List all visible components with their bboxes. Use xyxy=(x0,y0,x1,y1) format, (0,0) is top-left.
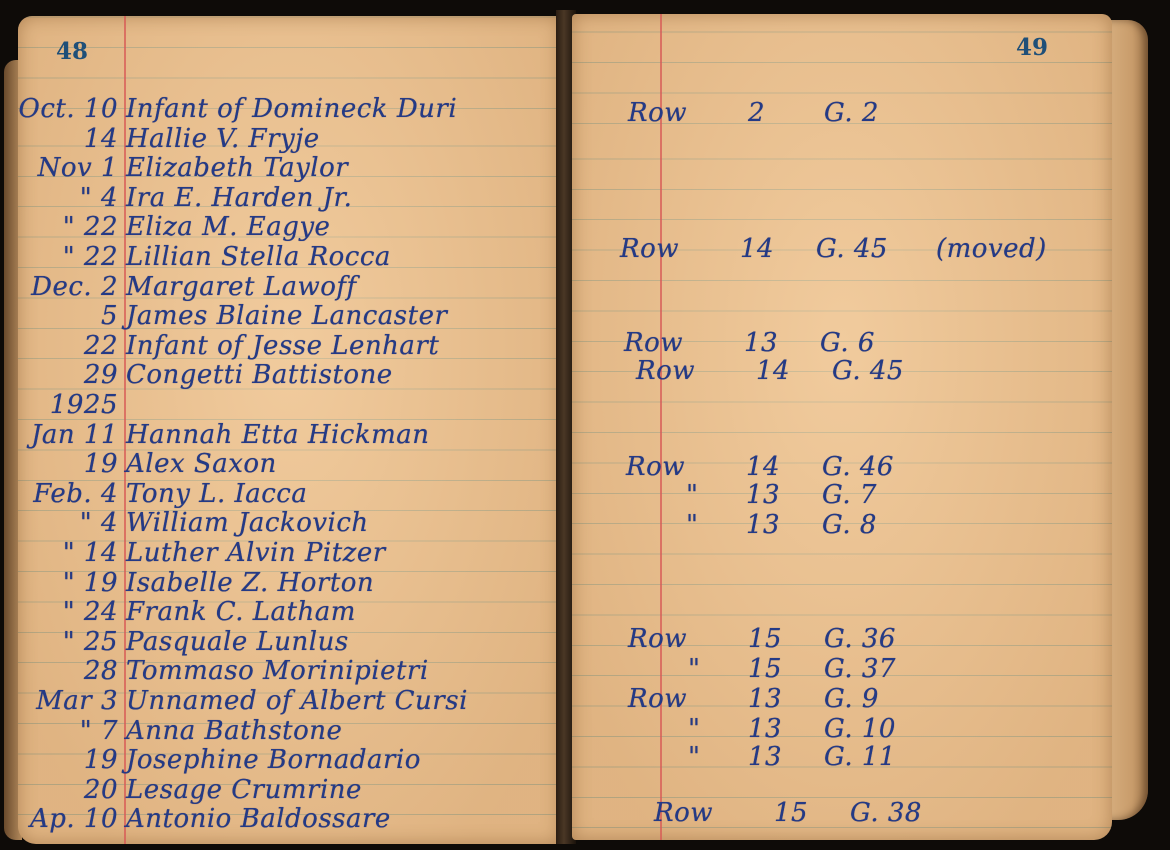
entry-name: Ira E. Harden Jr. xyxy=(126,183,352,213)
page-number: 48 xyxy=(56,38,88,65)
entry-name: Antonio Baldossare xyxy=(126,804,391,834)
row-label: Row xyxy=(624,328,683,358)
left-page: 48 Oct. 10Infant of Domineck Duri14Halli… xyxy=(18,16,560,844)
entry-name: Lesage Crumrine xyxy=(126,775,362,805)
page-number: 49 xyxy=(1016,34,1048,61)
grave-number: G. 45 xyxy=(816,234,888,264)
grave-location: Row14G. 45 xyxy=(636,356,1116,386)
row-number: 14 xyxy=(746,452,780,482)
entry-date: 29 xyxy=(14,360,118,390)
row-number: 15 xyxy=(774,798,808,828)
entry-date: Feb. 4 xyxy=(14,479,118,509)
entry-name: Josephine Bornadario xyxy=(126,745,421,775)
grave-number: G. 10 xyxy=(824,714,896,744)
entry-name: Congetti Battistone xyxy=(126,360,393,390)
grave-location: Row2G. 2 xyxy=(628,98,1108,128)
row-label: Row xyxy=(628,684,687,714)
row-number: 14 xyxy=(756,356,790,386)
entry-date: " 22 xyxy=(14,212,118,242)
entry-date: Jan 11 xyxy=(14,420,118,450)
entry-name: Anna Bathstone xyxy=(126,716,342,746)
grave-location: Row14G. 45(moved) xyxy=(620,234,1100,264)
row-number: 13 xyxy=(746,510,780,540)
entry-date: 14 xyxy=(14,124,118,154)
row-number: 14 xyxy=(740,234,774,264)
grave-number: G. 2 xyxy=(824,98,879,128)
entry-name: Alex Saxon xyxy=(126,449,277,479)
entry-date: Dec. 2 xyxy=(14,272,118,302)
grave-location: "13G. 8 xyxy=(626,510,1106,540)
row-label: Row xyxy=(636,356,695,386)
ditto-mark: " xyxy=(686,510,698,540)
ditto-mark: " xyxy=(688,654,700,684)
row-number: 15 xyxy=(748,654,782,684)
ditto-mark: " xyxy=(686,480,698,510)
entry-date: Oct. 10 xyxy=(14,94,118,124)
entry-date: " 22 xyxy=(14,242,118,272)
row-number: 13 xyxy=(748,742,782,772)
grave-number: G. 7 xyxy=(822,480,877,510)
entry-date: 19 xyxy=(14,745,118,775)
entry-name: Hannah Etta Hickman xyxy=(126,420,430,450)
grave-location: "13G. 7 xyxy=(626,480,1106,510)
entry-date: " 7 xyxy=(14,716,118,746)
grave-number: G. 11 xyxy=(824,742,896,772)
entry-name: Unnamed of Albert Cursi xyxy=(126,686,468,716)
entry-date: 19 xyxy=(14,449,118,479)
row-label: Row xyxy=(626,452,685,482)
grave-location: "15G. 37 xyxy=(628,654,1108,684)
row-label: Row xyxy=(628,624,687,654)
entry-name: Frank C. Latham xyxy=(126,597,356,627)
entry-name: James Blaine Lancaster xyxy=(126,301,447,331)
entry-name: Lillian Stella Rocca xyxy=(126,242,391,272)
right-page: 49 Row2G. 2Row14G. 45(moved)Row13G. 6Row… xyxy=(572,14,1112,840)
entry-name: Luther Alvin Pitzer xyxy=(126,538,386,568)
entry-name: Isabelle Z. Horton xyxy=(126,568,374,598)
entry-name: Tommaso Morinipietri xyxy=(126,656,429,686)
entry-name: Infant of Domineck Duri xyxy=(126,94,457,124)
row-number: 13 xyxy=(744,328,778,358)
row-number: 2 xyxy=(748,98,765,128)
entry-name: Pasquale Lunlus xyxy=(126,627,349,657)
grave-location: Row15G. 38 xyxy=(654,798,1134,828)
row-label: Row xyxy=(620,234,679,264)
row-number: 15 xyxy=(748,624,782,654)
entry-date: Mar 3 xyxy=(14,686,118,716)
row-label: Row xyxy=(628,98,687,128)
entry-date: " 24 xyxy=(14,597,118,627)
grave-number: G. 38 xyxy=(850,798,922,828)
grave-location: Row14G. 46 xyxy=(626,452,1106,482)
row-label: Row xyxy=(654,798,713,828)
entry-date: " 14 xyxy=(14,538,118,568)
location-note: (moved) xyxy=(936,234,1047,264)
entry-date: 1925 xyxy=(14,390,118,420)
grave-number: G. 46 xyxy=(822,452,894,482)
entry-name: Margaret Lawoff xyxy=(126,272,357,302)
entry-name: Elizabeth Taylor xyxy=(126,153,348,183)
entry-name: Eliza M. Eagye xyxy=(126,212,330,242)
grave-number: G. 8 xyxy=(822,510,877,540)
grave-number: G. 45 xyxy=(832,356,904,386)
entry-date: " 25 xyxy=(14,627,118,657)
grave-number: G. 9 xyxy=(824,684,879,714)
entry-date: 28 xyxy=(14,656,118,686)
entry-date: Ap. 10 xyxy=(14,804,118,834)
ledger-book: 48 Oct. 10Infant of Domineck Duri14Halli… xyxy=(0,0,1170,850)
entry-name: Tony L. Iacca xyxy=(126,479,307,509)
grave-location: "13G. 11 xyxy=(628,742,1108,772)
entry-date: 5 xyxy=(14,301,118,331)
grave-number: G. 37 xyxy=(824,654,896,684)
grave-location: "13G. 10 xyxy=(628,714,1108,744)
entry-date: " 4 xyxy=(14,183,118,213)
entry-date: Nov 1 xyxy=(14,153,118,183)
entry-name: Infant of Jesse Lenhart xyxy=(126,331,439,361)
grave-location: Row13G. 9 xyxy=(628,684,1108,714)
entry-date: " 19 xyxy=(14,568,118,598)
row-number: 13 xyxy=(748,714,782,744)
entry-date: 20 xyxy=(14,775,118,805)
grave-number: G. 6 xyxy=(820,328,875,358)
book-page-edges xyxy=(1108,20,1148,820)
grave-number: G. 36 xyxy=(824,624,896,654)
entry-name: Hallie V. Fryje xyxy=(126,124,320,154)
ditto-mark: " xyxy=(688,742,700,772)
entry-date: " 4 xyxy=(14,508,118,538)
entry-name: William Jackovich xyxy=(126,508,369,538)
row-number: 13 xyxy=(748,684,782,714)
ditto-mark: " xyxy=(688,714,700,744)
row-number: 13 xyxy=(746,480,780,510)
entry-date: 22 xyxy=(14,331,118,361)
grave-location: Row15G. 36 xyxy=(628,624,1108,654)
grave-location: Row13G. 6 xyxy=(624,328,1104,358)
